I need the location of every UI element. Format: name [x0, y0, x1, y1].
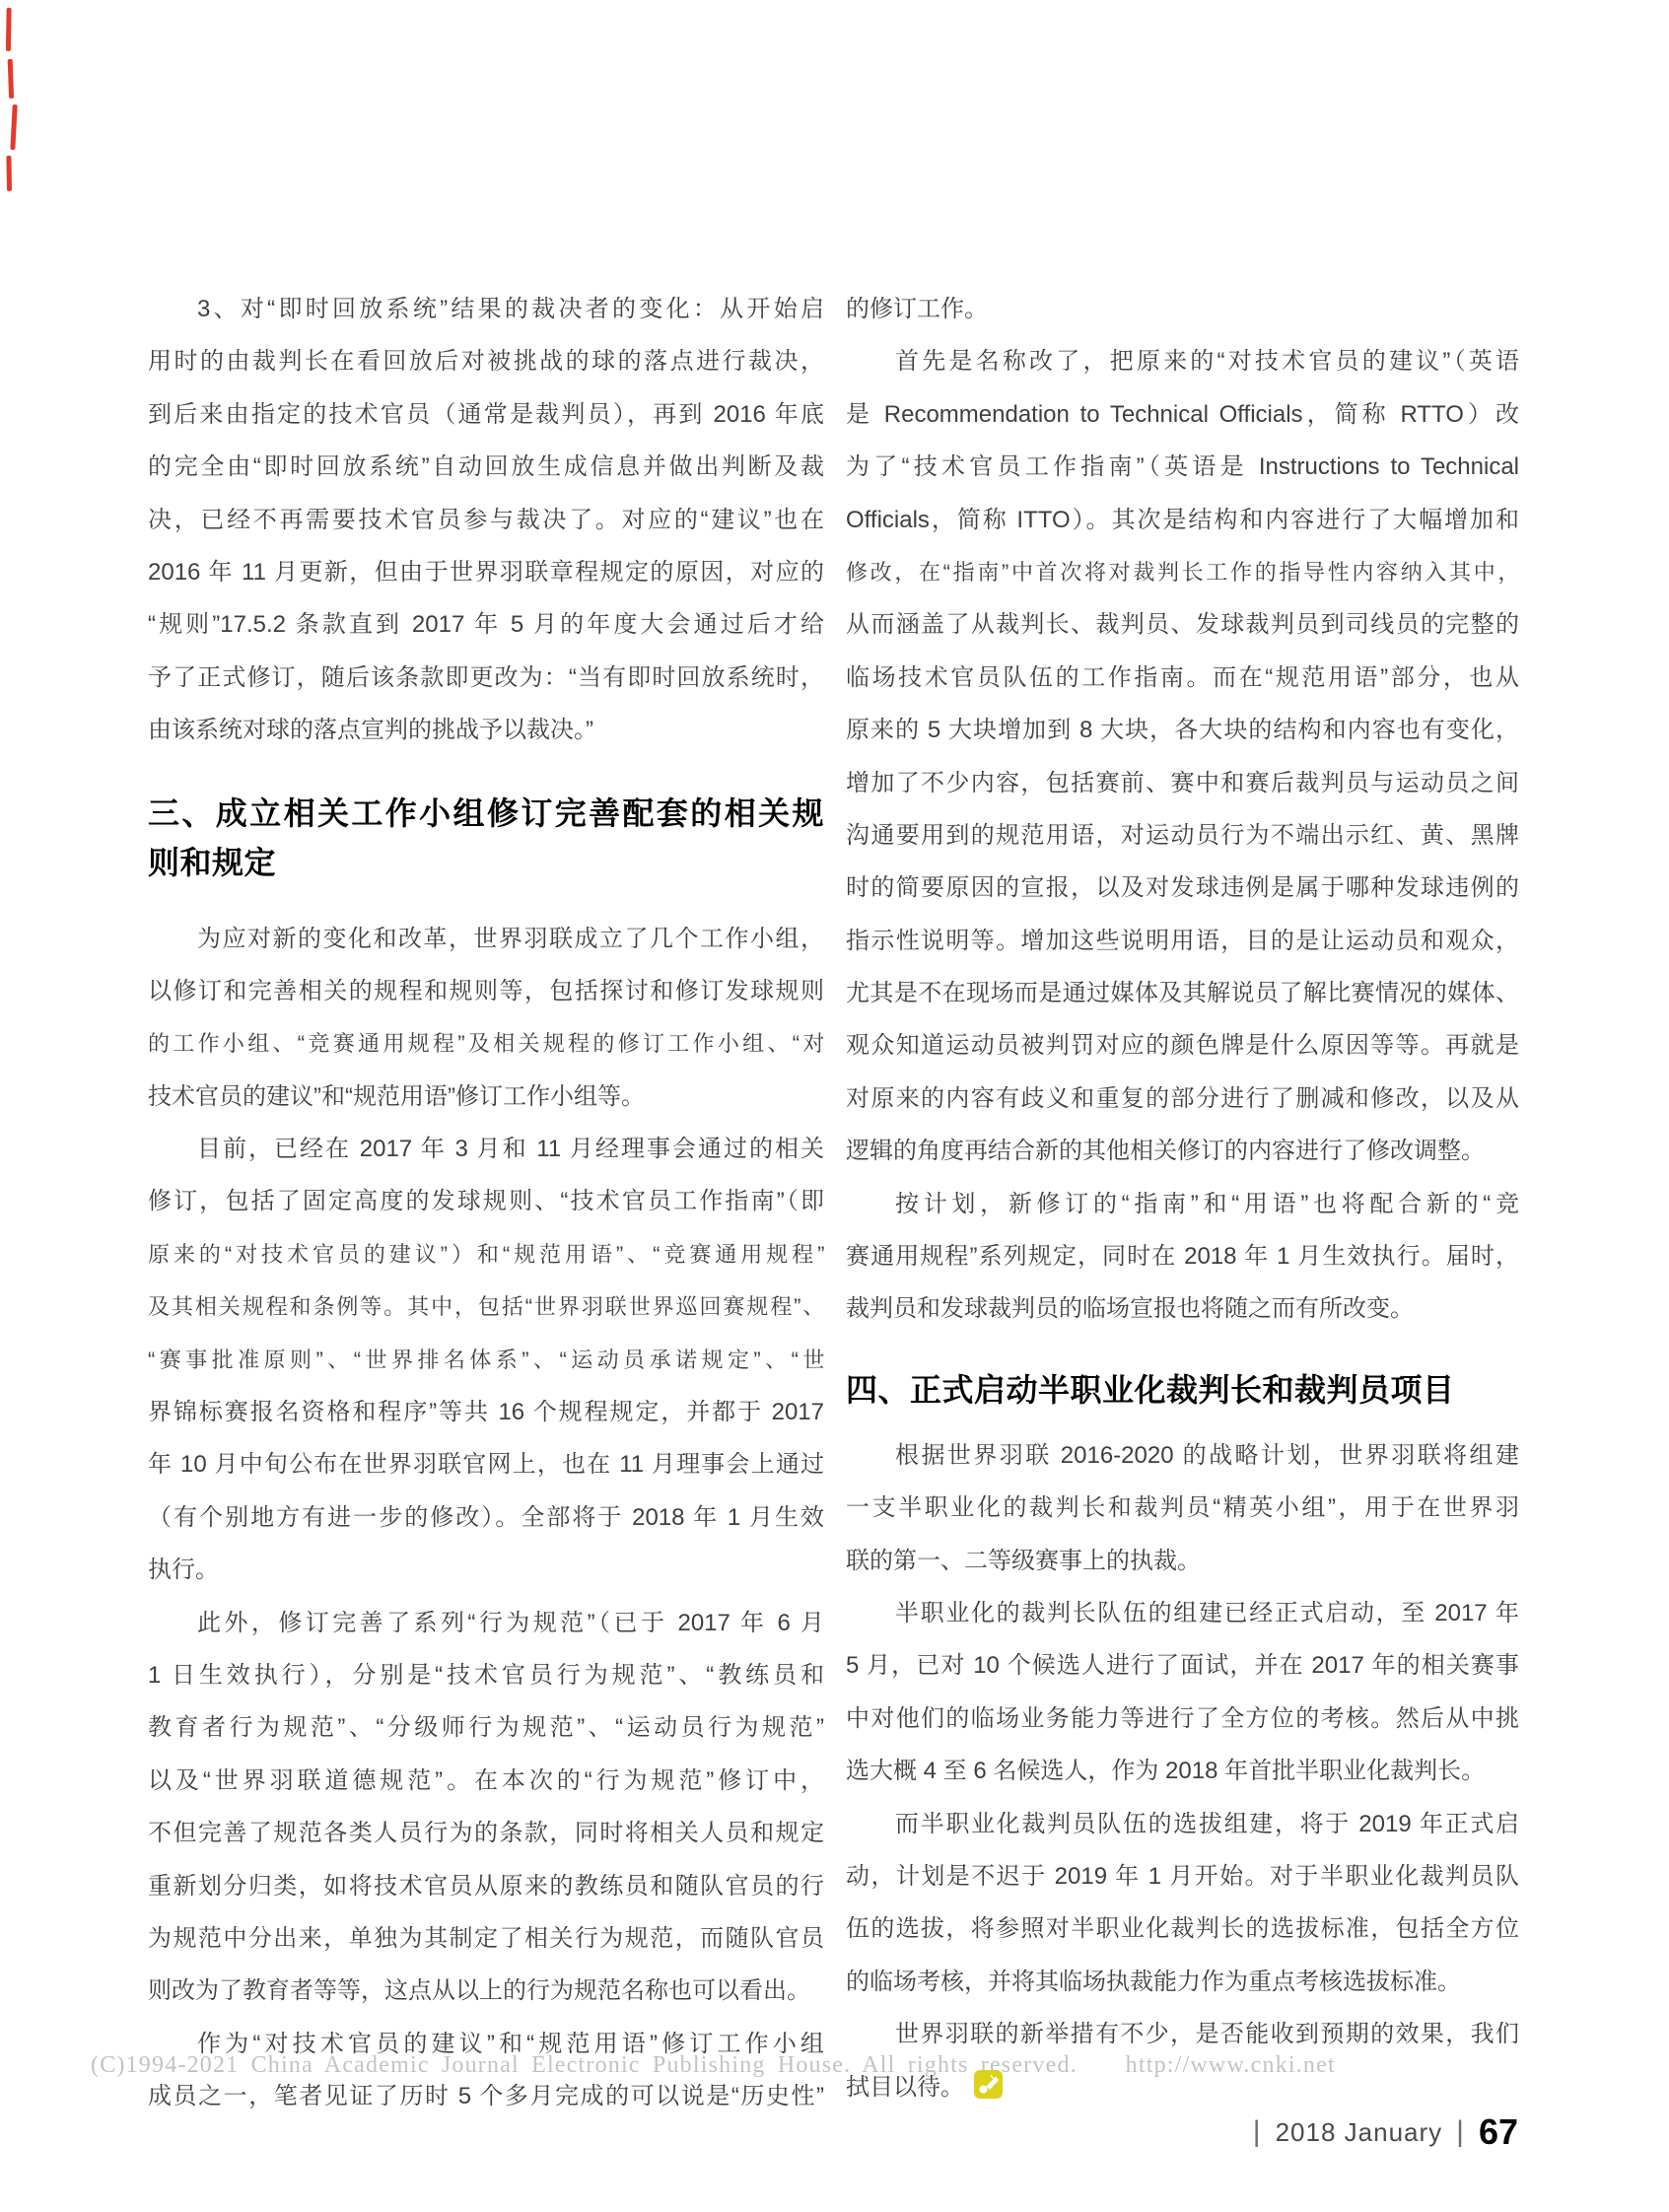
text-line: 不但完善了规范各类人员行为的条款，同时将相关人员和规定 — [148, 1807, 824, 1859]
text-line: 执行。 — [148, 1544, 824, 1596]
section-heading-line: 四、正式启动半职业化裁判长和裁判员项目 — [846, 1365, 1519, 1415]
text-line: 中对他们的临场业务能力等进行了全方位的考核。然后从中挑 — [846, 1693, 1519, 1745]
section-heading-line: 三、成立相关工作小组修订完善配套的相关规 — [148, 789, 824, 838]
text-line: 作为“对技术官员的建议”和“规范用语”修订工作小组 — [148, 2018, 824, 2070]
text-line: “赛事批准原则”、“世界排名体系”、“运动员承诺规定”、“世 — [148, 1334, 824, 1386]
text-line: 首先是名称改了，把原来的“对技术官员的建议”（英语 — [846, 335, 1519, 387]
footer-date: 2018 January — [1276, 2117, 1443, 2148]
text-line: 修订，包括了固定高度的发球规则、“技术官员工作指南”（即 — [148, 1175, 824, 1227]
text-line: 年 10 月中旬公布在世界羽联官网上，也在 11 月理事会上通过 — [148, 1438, 824, 1490]
scan-artifact-marks — [2, 8, 25, 195]
text-line: 对原来的内容有歧义和重复的部分进行了删减和修改，以及从 — [846, 1072, 1519, 1125]
footer-divider: | — [1253, 2117, 1262, 2147]
red-scan-mark — [6, 8, 12, 51]
left-column: 3、对“即时回放系统”结果的裁决者的变化：从开始启用时的由裁判长在看回放后对被挑… — [148, 283, 824, 2123]
text-line: 逻辑的角度再结合新的其他相关修订的内容进行了修改调整。 — [846, 1125, 1519, 1177]
text-line: 拭目以待。 — [846, 2061, 1519, 2113]
page-number: 67 — [1479, 2111, 1518, 2153]
text-line: 则改为了教育者等等，这点从以上的行为规范名称也可以看出。 — [148, 1965, 824, 2017]
text-line: 选大概 4 至 6 名候选人，作为 2018 年首批半职业化裁判长。 — [846, 1745, 1519, 1797]
text-line: 指示性说明等。增加这些说明用语，目的是让运动员和观众， — [846, 915, 1519, 967]
text-line: 增加了不少内容，包括赛前、赛中和赛后裁判员与运动员之间 — [846, 757, 1519, 809]
journal-page: (C)1994-2021 China Academic Journal Elec… — [0, 0, 1669, 2212]
text-line: 2016 年 11 月更新，但由于世界羽联章程规定的原因，对应的 — [148, 546, 824, 598]
text-line: 成员之一，笔者见证了历时 5 个多月完成的可以说是“历史性” — [148, 2070, 824, 2122]
shuttlecock-article-end-icon — [974, 2070, 1003, 2099]
text-line: 教育者行为规范”、“分级师行为规范”、“运动员行为规范” — [148, 1701, 824, 1754]
text-line: 用时的由裁判长在看回放后对被挑战的球的落点进行裁决， — [148, 335, 824, 387]
text-line: 按计划，新修订的“指南”和“用语”也将配合新的“竞 — [846, 1178, 1519, 1230]
page-footer: | 2018 January | 67 — [1239, 2111, 1518, 2153]
text-line: 修改，在“指南”中首次将对裁判长工作的指导性内容纳入其中， — [846, 546, 1519, 598]
text-line: 及其相关规程和条例等。其中，包括“世界羽联世界巡回赛规程”、 — [148, 1280, 824, 1333]
text-line: 决，已经不再需要技术官员参与裁决了。对应的“建议”也在 — [148, 494, 824, 546]
text-line: 到后来由指定的技术官员（通常是裁判员），再到 2016 年底 — [148, 388, 824, 441]
text-line: Officials，简称 ITTO）。其次是结构和内容进行了大幅增加和 — [846, 494, 1519, 546]
text-line: 而半职业化裁判员队伍的选拔组建，将于 2019 年正式启 — [846, 1798, 1519, 1850]
text-line: 的修订工作。 — [846, 283, 1519, 335]
text-line: 原来的 5 大块增加到 8 大块，各大块的结构和内容也有变化， — [846, 704, 1519, 756]
text-line: 界锦标赛报名资格和程序”等共 16 个规程规定，并都于 2017 — [148, 1386, 824, 1438]
text-line: （有个别地方有进一步的修改）。全部将于 2018 年 1 月生效 — [148, 1491, 824, 1544]
text-line: 动，计划是不迟于 2019 年 1 月开始。对于半职业化裁判员队 — [846, 1850, 1519, 1902]
red-scan-mark — [10, 104, 17, 150]
text-line: 世界羽联的新举措有不少，是否能收到预期的效果，我们 — [846, 2008, 1519, 2060]
text-line: 重新划分归类，如将技术官员从原来的教练员和随队官员的行 — [148, 1860, 824, 1912]
text-line: 临场技术官员队伍的工作指南。而在“规范用语”部分，也从 — [846, 652, 1519, 704]
text-line: 沟通要用到的规范用语，对运动员行为不端出示红、黄、黑牌 — [846, 809, 1519, 862]
text-line: 为应对新的变化和改革，世界羽联成立了几个工作小组， — [148, 913, 824, 965]
text-line: 以修订和完善相关的规程和规则等，包括探讨和修订发球规则 — [148, 965, 824, 1017]
text-line: 由该系统对球的落点宣判的挑战予以裁决。” — [148, 704, 824, 756]
text-line: 尤其是不在现场而是通过媒体及其解说员了解比赛情况的媒体、 — [846, 967, 1519, 1019]
text-line: 观众知道运动员被判罚对应的颜色牌是什么原因等等。再就是 — [846, 1019, 1519, 1071]
red-scan-mark — [8, 59, 14, 99]
text-line: 为了“技术官员工作指南”（英语是 Instructions to Technic… — [846, 441, 1519, 493]
text-line: 目前，已经在 2017 年 3 月和 11 月经理事会通过的相关 — [148, 1123, 824, 1175]
text-line: 是 Recommendation to Technical Officials，… — [846, 388, 1519, 441]
text-line: 1 日生效执行），分别是“技术官员行为规范”、“教练员和 — [148, 1649, 824, 1701]
text-line: 为规范中分出来，单独为其制定了相关行为规范，而随队官员 — [148, 1912, 824, 1965]
text-line: 技术官员的建议”和“规范用语”修订工作小组等。 — [148, 1071, 824, 1123]
text-line: 的工作小组、“竞赛通用规程”及相关规程的修订工作小组、“对 — [148, 1017, 824, 1070]
text-line: 3、对“即时回放系统”结果的裁决者的变化：从开始启 — [148, 283, 824, 335]
text-line: 从而涵盖了从裁判长、裁判员、发球裁判员到司线员的完整的 — [846, 598, 1519, 651]
text-line: 半职业化的裁判长队伍的组建已经正式启动，至 2017 年 — [846, 1587, 1519, 1639]
text-line: 的临场考核，并将其临场执裁能力作为重点考核选拔标准。 — [846, 1956, 1519, 2008]
text-line: 予了正式修订，随后该条款即更改为：“当有即时回放系统时， — [148, 652, 824, 704]
text-line: 的完全由“即时回放系统”自动回放生成信息并做出判断及裁 — [148, 441, 824, 493]
text-line: “规则”17.5.2 条款直到 2017 年 5 月的年度大会通过后才给 — [148, 598, 824, 651]
right-column: 的修订工作。首先是名称改了，把原来的“对技术官员的建议”（英语是 Recomme… — [846, 283, 1519, 2113]
text-line: 原来的“对技术官员的建议”）和“规范用语”、“竞赛通用规程” — [148, 1228, 824, 1280]
text-line: 5 月，已对 10 个候选人进行了面试，并在 2017 年的相关赛事 — [846, 1639, 1519, 1692]
text-line: 伍的选拔，将参照对半职业化裁判长的选拔标准，包括全方位 — [846, 1902, 1519, 1955]
text-line: 此外，修订完善了系列“行为规范”（已于 2017 年 6 月 — [148, 1597, 824, 1649]
footer-divider: | — [1456, 2117, 1465, 2147]
text-line: 一支半职业化的裁判长和裁判员“精英小组”，用于在世界羽 — [846, 1482, 1519, 1534]
text-line: 根据世界羽联 2016-2020 的战略计划，世界羽联将组建 — [846, 1429, 1519, 1482]
text-line: 裁判员和发球裁判员的临场宣报也将随之而有所改变。 — [846, 1282, 1519, 1335]
red-scan-mark — [6, 156, 12, 191]
text-line: 赛通用规程”系列规定，同时在 2018 年 1 月生效执行。届时， — [846, 1230, 1519, 1282]
text-line: 时的简要原因的宣报，以及对发球违例是属于哪种发球违例的 — [846, 862, 1519, 914]
section-heading-line: 则和规定 — [148, 838, 824, 887]
text-line: 联的第一、二等级赛事上的执裁。 — [846, 1535, 1519, 1587]
text-line: 以及“世界羽联道德规范”。在本次的“行为规范”修订中， — [148, 1755, 824, 1807]
